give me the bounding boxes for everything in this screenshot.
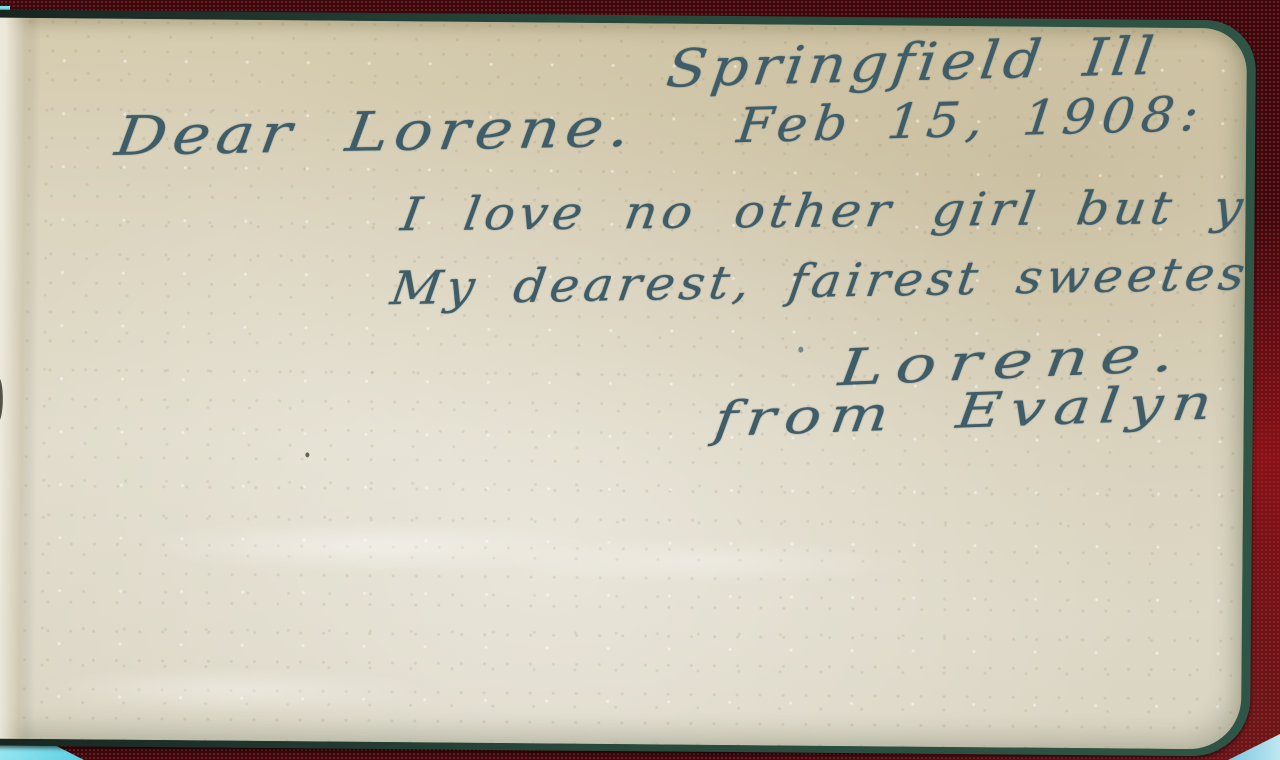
scanner-sliver-bottom-right — [1228, 734, 1280, 760]
autograph-album-page: Springfield Ill Feb 15, 1908: Dear Loren… — [0, 17, 1247, 749]
handwritten-body-line-2: My dearest, fairest sweetest — [387, 246, 1247, 316]
ghost-impression — [494, 537, 914, 587]
handwritten-salutation: Dear Lorene. — [112, 96, 641, 168]
page-left-edge-highlight — [0, 17, 41, 739]
ghost-impression — [33, 666, 433, 713]
handwritten-date: Feb 15, 1908: — [734, 86, 1208, 154]
ink-speck — [798, 347, 803, 353]
handwritten-body-line-1: I love no other girl but you — [398, 179, 1247, 241]
scanned-photo-background: { "note": { "location_line": "Springfiel… — [0, 0, 1280, 760]
ghost-impression — [134, 519, 604, 575]
paper-speck — [305, 452, 309, 457]
handwritten-signature: from Evalyn R — [711, 370, 1247, 448]
